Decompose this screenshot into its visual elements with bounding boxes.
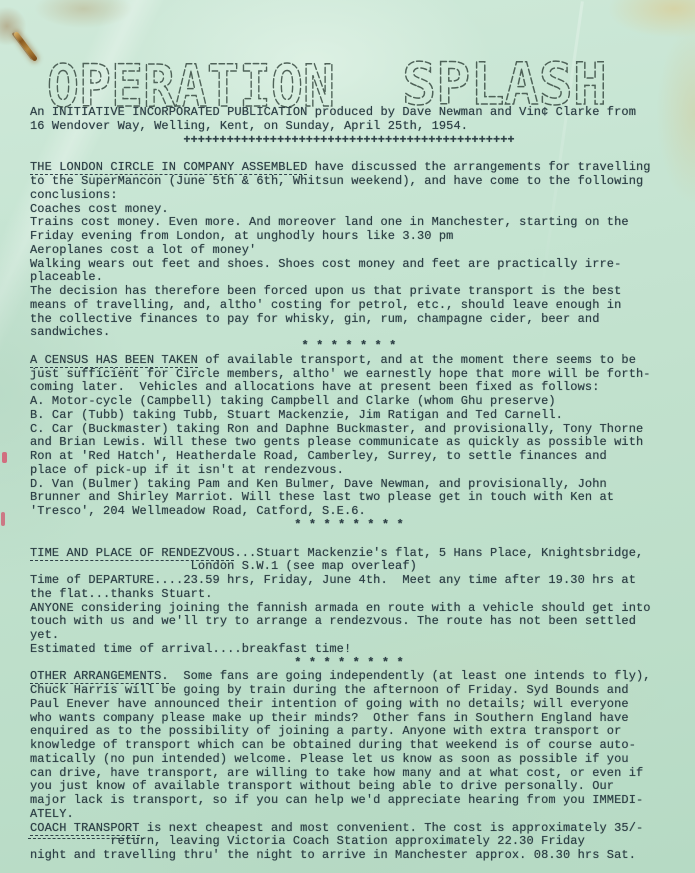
- doc-line: B. Car (Tubb) taking Tubb, Stuart Macken…: [30, 409, 668, 423]
- doc-line: 'Tresco', 204 Wellmeadow Road, Catford, …: [30, 505, 668, 519]
- doc-line: Coaches cost money.: [30, 203, 668, 217]
- doc-line: Chuck Harris will be going by train duri…: [30, 684, 668, 698]
- document-content: An INITIATIVE INCORPORATED PUBLICATION p…: [30, 106, 668, 863]
- doc-line: Friday evening from London, at unghodly …: [30, 230, 668, 244]
- red-ink-mark: [1, 512, 5, 526]
- doc-line: who wants company please make up their m…: [30, 712, 668, 726]
- doc-line: to the SuperMancon (June 5th & 6th, Whit…: [30, 175, 668, 189]
- doc-line: major lack is transport, so if you can h…: [30, 794, 668, 808]
- plus-separator: ++++++++++++++++++++++++++++++++++++++++…: [30, 134, 668, 148]
- doc-line: sandwiches.: [30, 326, 668, 340]
- doc-line: D. Van (Bulmer) taking Pam and Ken Bulme…: [30, 478, 668, 492]
- doc-line: Aeroplanes cost a lot of money': [30, 244, 668, 258]
- doc-line: London S.W.1 (see map overleaf): [30, 560, 668, 574]
- masthead-line: 16 Wendover Way, Welling, Kent, on Sunda…: [30, 120, 668, 134]
- asterisk-separator: * * * * * * *: [30, 340, 668, 354]
- doc-line: conclusions:: [30, 189, 668, 203]
- doc-line: matically (no pun intended) welcome. Ple…: [30, 753, 668, 767]
- doc-line: and Brian Lewis. Will these two gents pl…: [30, 436, 668, 450]
- doc-line: means of travelling, and, altho' costing…: [30, 299, 668, 313]
- doc-line: just sufficient for Circle members, alth…: [30, 368, 668, 382]
- section-heading: OTHER ARRANGEMENTS.: [30, 669, 169, 684]
- doc-line: enquired as to the possibility of joinin…: [30, 725, 668, 739]
- doc-line: TIME AND PLACE OF RENDEZVOUS...Stuart Ma…: [30, 547, 668, 561]
- document-body: THE LONDON CIRCLE IN COMPANY ASSEMBLED h…: [30, 161, 668, 863]
- doc-line: OTHER ARRANGEMENTS. Some fans are going …: [30, 670, 668, 684]
- asterisk-separator: * * * * * * * *: [30, 519, 668, 533]
- doc-line: Ron at 'Red Hatch', Heatherdale Road, Ca…: [30, 450, 668, 464]
- doc-line: you just know of available transport wit…: [30, 780, 668, 794]
- doc-line: Time of DEPARTURE....23.59 hrs, Friday, …: [30, 574, 668, 588]
- doc-line: can drive, have transport, are willing t…: [30, 767, 668, 781]
- doc-line: A CENSUS HAS BEEN TAKEN of available tra…: [30, 354, 668, 368]
- doc-line: C. Car (Buckmaster) taking Ron and Daphn…: [30, 423, 668, 437]
- masthead-line: An INITIATIVE INCORPORATED PUBLICATION p…: [30, 106, 668, 120]
- doc-line: the flat...thanks Stuart.: [30, 588, 668, 602]
- doc-line: ANYONE considering joining the fannish a…: [30, 602, 668, 616]
- section-heading: A CENSUS HAS BEEN TAKEN: [30, 353, 198, 368]
- doc-line: Walking wears out feet and shoes. Shoes …: [30, 258, 668, 272]
- doc-line: coming later. Vehicles and allocations h…: [30, 381, 668, 395]
- red-ink-mark: [2, 452, 7, 463]
- doc-line: Paul Enever have announced their intenti…: [30, 698, 668, 712]
- section-heading: TIME AND PLACE OF RENDEZVOUS: [30, 546, 234, 561]
- doc-line: knowledge of transport which can be obta…: [30, 739, 668, 753]
- doc-line: The decision has therefore been forced u…: [30, 285, 668, 299]
- doc-line: COACH TRANSPORT is next cheapest and mos…: [30, 822, 668, 836]
- document-page: OPERATION SPLASH An INITIATIVE INCORPORA…: [0, 0, 695, 873]
- doc-line: place of pick-up if it isn't at rendezvo…: [30, 464, 668, 478]
- doc-line: Estimated time of arrival....breakfast t…: [30, 643, 668, 657]
- doc-line: touch with us and we'll try to arrange a…: [30, 615, 668, 629]
- doc-line: placeable.: [30, 271, 668, 285]
- doc-line: Brunner and Shirley Marriot. Will these …: [30, 491, 668, 505]
- doc-line: night and travelling thru' the night to …: [30, 849, 668, 863]
- doc-line: THE LONDON CIRCLE IN COMPANY ASSEMBLED h…: [30, 161, 668, 175]
- doc-line: yet.: [30, 629, 668, 643]
- section-heading: THE LONDON CIRCLE IN COMPANY ASSEMBLED: [30, 160, 307, 175]
- section-heading: COACH TRANSPORT: [30, 821, 140, 836]
- doc-line: Trains cost money. Even more. And moreov…: [30, 216, 668, 230]
- doc-line: ATELY.: [30, 808, 668, 822]
- doc-line: A. Motor-cycle (Campbell) taking Campbel…: [30, 395, 668, 409]
- doc-line: the collective finances to pay for whisk…: [30, 313, 668, 327]
